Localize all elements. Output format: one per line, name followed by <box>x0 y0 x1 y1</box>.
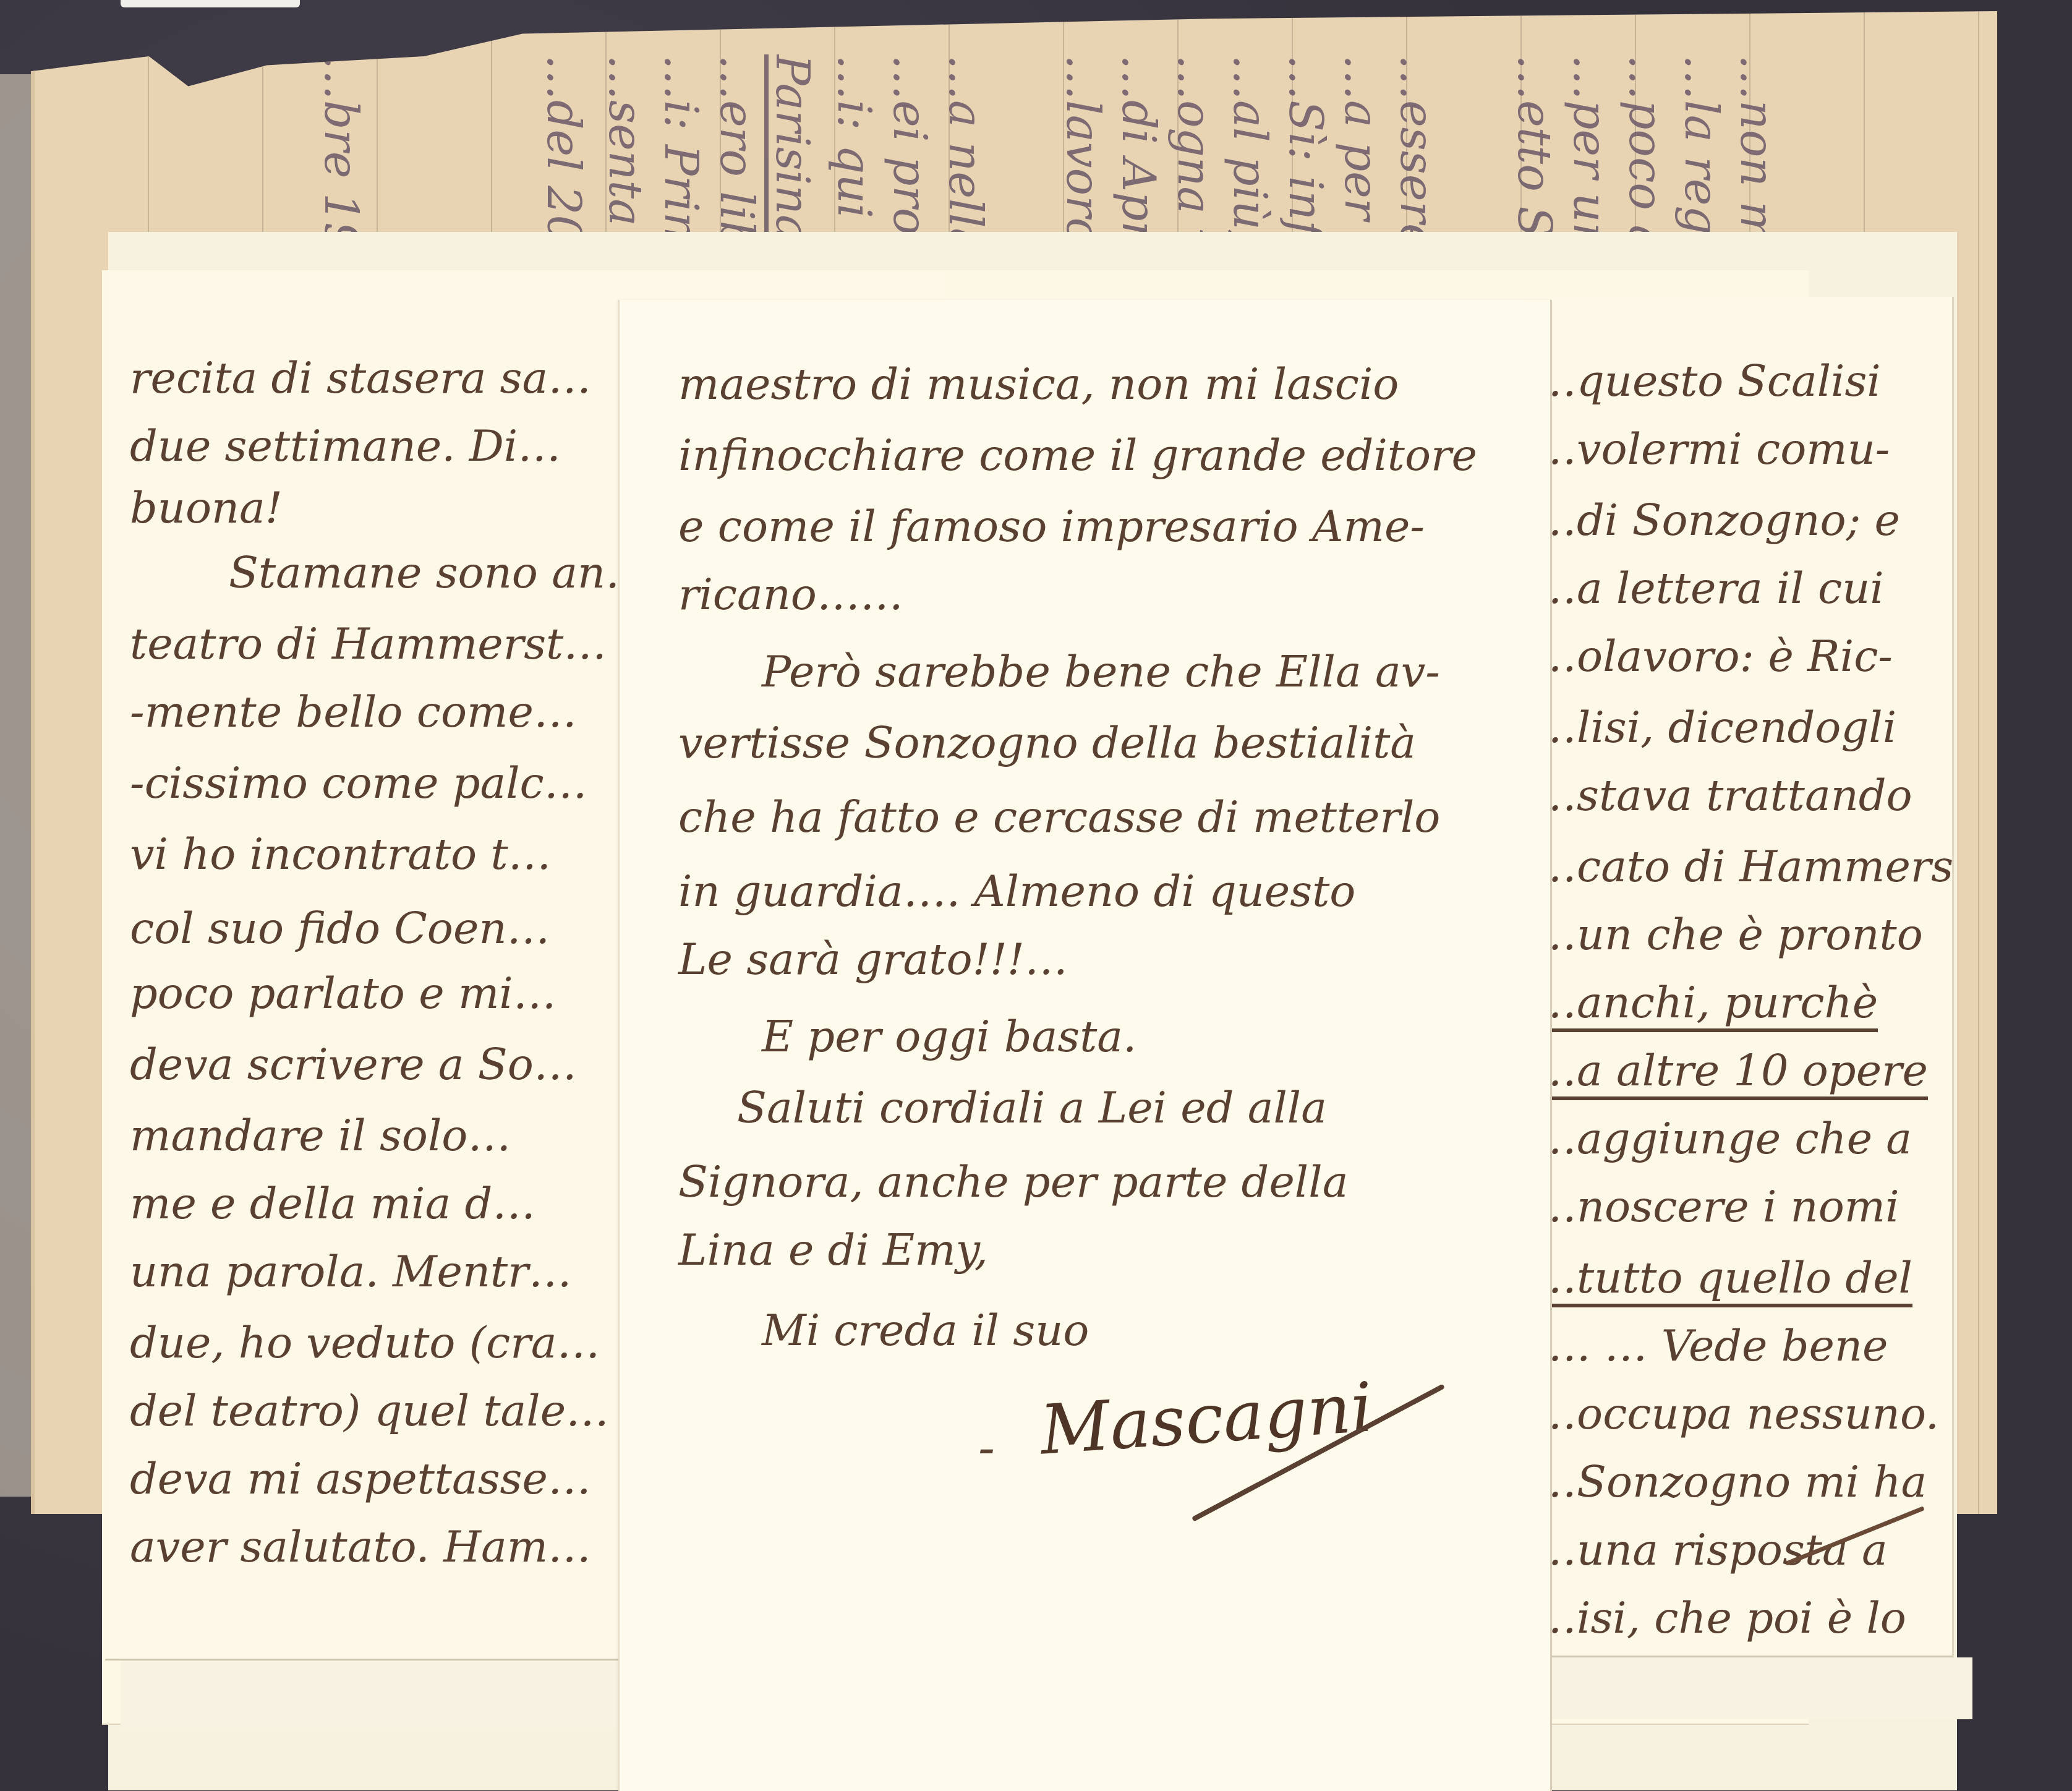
letter-line: due settimane. Di… <box>130 421 561 471</box>
letter-line: …di Sonzogno; e <box>1533 495 1900 545</box>
letter-line: teatro di Hammerst… <box>130 618 607 669</box>
letter-line: -mente bello come… <box>130 686 577 737</box>
letter-line: infinocchiare come il grande editore <box>678 430 1477 481</box>
letter-line: Saluti cordiali a Lei ed alla <box>737 1082 1327 1133</box>
letter-line: …isi, che poi è lo <box>1533 1592 1906 1643</box>
letter-line: …volermi comu- <box>1533 424 1890 474</box>
signature: Mascagni <box>1038 1367 1375 1469</box>
letter-line: del teatro) quel tale… <box>130 1385 609 1436</box>
front-letter-page: maestro di musica, non mi lascio infinoc… <box>618 300 1552 1791</box>
rotated-text-col: …a nella <box>931 54 999 259</box>
letter-line: vi ho incontrato t… <box>130 829 552 879</box>
letter-line: buona! <box>130 482 283 533</box>
letter-line: …olavoro: è Ric- <box>1533 631 1893 682</box>
letter-line: che ha fatto e cercasse di metterlo <box>678 792 1441 842</box>
letter-line: …a altre 10 opere <box>1533 1045 1928 1096</box>
letter-line: Però sarebbe bene che Ella av- <box>762 646 1440 697</box>
letter-line: …aggiunge che a <box>1533 1113 1912 1164</box>
letter-line: vertisse Sonzogno della bestialità <box>678 717 1416 768</box>
letter-line: maestro di musica, non mi lascio <box>678 359 1399 409</box>
letter-line: due, ho veduto (cra… <box>130 1317 600 1368</box>
rotated-text-col: …essere <box>1383 54 1451 259</box>
letter-line: …una risposta a <box>1533 1524 1888 1575</box>
letter-line: …lisi, dicendogli <box>1533 702 1896 753</box>
letter-line: poco parlato e mi… <box>130 968 556 1019</box>
letter-line: Le sarà grato!!!… <box>678 934 1068 985</box>
letter-line: Signora, anche per parte della <box>678 1156 1348 1207</box>
letter-line: col suo fido Coen… <box>130 903 550 954</box>
letter-line: Stamane sono an… <box>229 547 649 598</box>
letter-line: una parola. Mentr… <box>130 1246 572 1297</box>
rotated-text-col: …non mai <box>1723 54 1791 259</box>
letter-line: deva mi aspettasse… <box>130 1453 591 1504</box>
letter-line: …a lettera il cui <box>1533 563 1884 613</box>
letter-line: e come il famoso impresario Ame- <box>678 501 1425 552</box>
letter-line: me e della mia d… <box>130 1178 535 1229</box>
rotated-text-col: …bre 1912. <box>307 54 375 259</box>
letter-line: …Sonzogno mi ha <box>1533 1456 1927 1507</box>
rotated-text-col: Parisina: <box>758 54 826 259</box>
letter-line: ricano…… <box>678 569 903 620</box>
letter-line: Lina e di Emy, <box>678 1225 988 1275</box>
right-letter-page: …questo Scalisi …volermi comu- …di Sonzo… <box>1521 297 1954 1657</box>
letter-line: …stava trattando <box>1533 770 1912 821</box>
letter-line: recita di stasera sa… <box>130 353 591 403</box>
letter-line: …noscere i nomi <box>1533 1181 1899 1232</box>
letter-line: aver salutato. Ham… <box>130 1521 591 1572</box>
letter-line: …tutto quello del <box>1533 1252 1912 1303</box>
letter-line: -cissimo come palc… <box>130 758 587 808</box>
signature-dash: - <box>978 1419 995 1477</box>
letter-line: …cato di Hammerstein) <box>1533 841 1954 892</box>
paper-tab-corner <box>121 0 300 7</box>
paper-underlayer <box>1521 1657 1972 1719</box>
letter-line: in guardia…. Almeno di questo <box>678 866 1355 917</box>
rotated-text-col: …del 20. <box>529 54 597 259</box>
letter-line: …. … Vede bene <box>1533 1320 1888 1371</box>
letter-line: …anchi, purchè <box>1533 977 1878 1028</box>
letter-line: Mi creda il suo <box>762 1305 1089 1356</box>
letter-line: …questo Scalisi <box>1533 356 1881 406</box>
letter-line: deva scrivere a So… <box>130 1039 577 1090</box>
letter-line: E per oggi basta. <box>762 1011 1136 1062</box>
letter-line: …occupa nessuno. <box>1533 1388 1939 1439</box>
letter-line: …un che è pronto <box>1533 909 1923 960</box>
letter-line: mandare il solo… <box>130 1110 511 1161</box>
